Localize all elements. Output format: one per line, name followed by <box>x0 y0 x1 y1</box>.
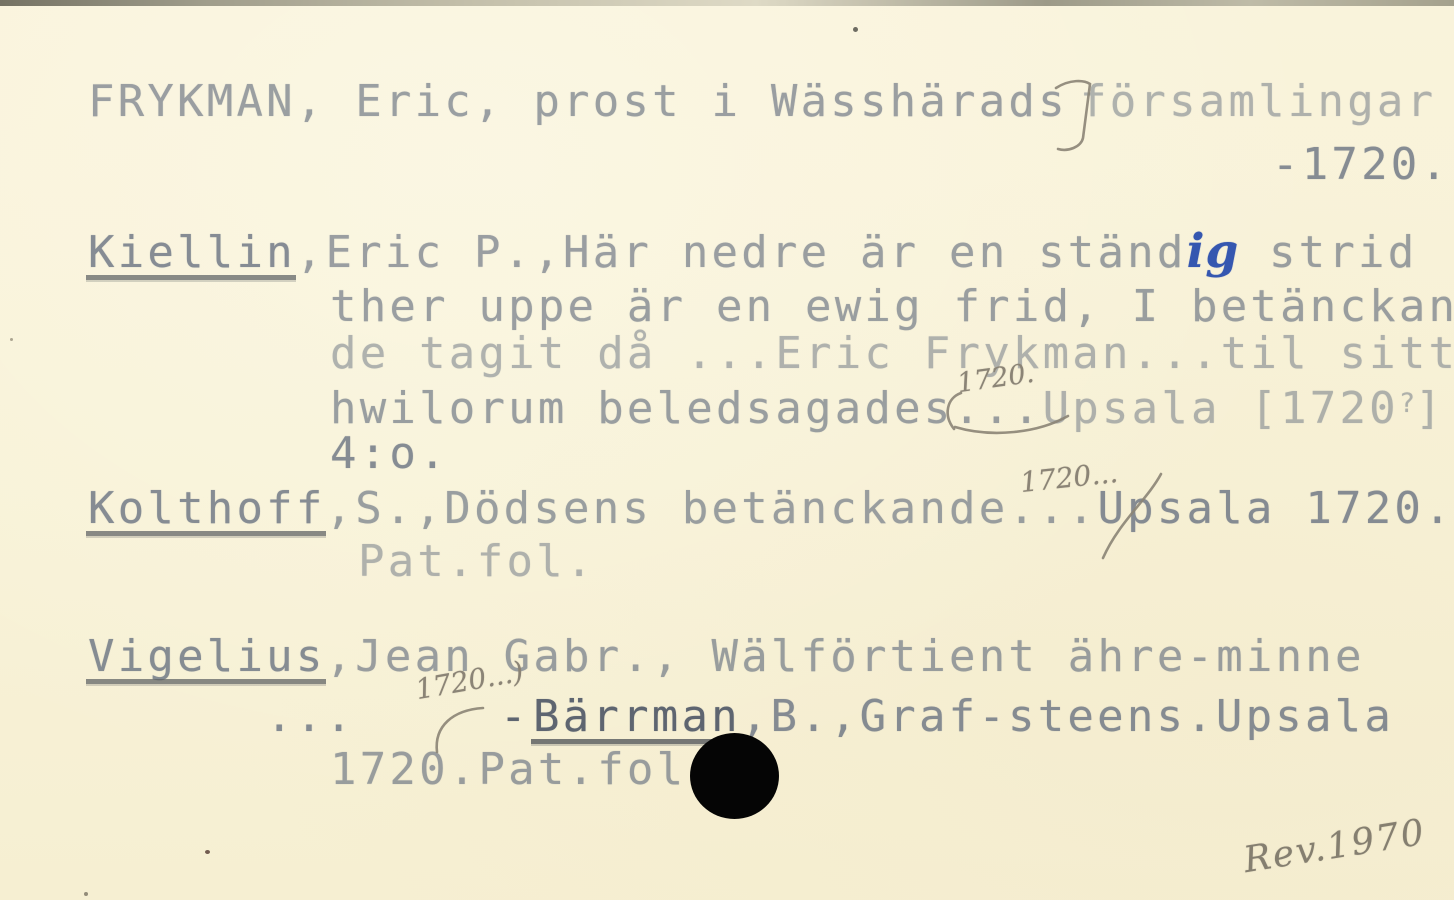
pencil-insertion-bracket-icon <box>1050 76 1110 161</box>
pencil-stroke-kiellin-icon <box>930 385 1080 440</box>
pencil-stroke-kolthoff-icon <box>1085 466 1170 566</box>
entry-vigelius-line2-dash: - <box>500 694 530 740</box>
entry-kiellin-line4: hwilorum beledsagades...Upsala [1720?] <box>330 381 1445 432</box>
entry-vigelius-line1: Vigelius,Jean Gabr., Wälförtient ähre-mi… <box>88 634 1365 680</box>
entry-kolthoff-line2: Pat.fol. <box>358 539 596 585</box>
entry-kiellin-line5: 4:o. <box>330 431 449 477</box>
paper-speck <box>853 27 858 32</box>
pencil-stroke-vigelius-icon <box>425 698 500 758</box>
catalog-card: FRYKMAN, Eric, prost i Wässhärads försam… <box>0 0 1454 900</box>
paper-speck <box>84 892 88 896</box>
paper-speck <box>10 338 13 341</box>
entry-frykman-line1-continuation: församlingar <box>1080 79 1436 125</box>
handwritten-revision-note: Rev.1970 <box>1241 812 1429 881</box>
paper-speck <box>205 850 210 854</box>
hole-punch <box>690 733 779 819</box>
entry-frykman-line1: FRYKMAN, Eric, prost i Wässhärads <box>88 79 1068 125</box>
entry-vigelius-ref-name: Bärrman <box>533 694 741 740</box>
entry-kiellin-line1: Kiellin,Eric P.,Här nedre är en ständig … <box>88 229 1417 276</box>
entry-frykman-text: FRYKMAN, Eric, prost i Wässhärads <box>88 76 1068 127</box>
entry-vigelius-line2: Bärrman,B.,Graf-steens.Upsala <box>533 694 1394 740</box>
entry-kiellin-line3: de tagit då ...Eric Frykman...til sitt <box>330 331 1454 377</box>
entry-kolthoff-name: Kolthoff <box>88 486 326 532</box>
query-mark: ? <box>1399 388 1415 419</box>
entry-vigelius-name: Vigelius <box>88 634 326 680</box>
entry-kolthoff-line1: Kolthoff,S.,Dödsens betänckande...Upsala… <box>88 486 1454 532</box>
entry-kiellin-line2: ther uppe är en ewig frid, I betänckande <box>330 284 1454 330</box>
entry-vigelius-line2-dots: ... <box>266 694 355 740</box>
entry-frykman-year: -1720. <box>1272 142 1450 188</box>
scan-edge-strip <box>0 0 1454 6</box>
entry-vigelius-line3: 1720.Pat.fol <box>330 747 686 793</box>
entry-kiellin-name: Kiellin <box>88 230 296 276</box>
blue-ink-correction: ig <box>1187 224 1240 279</box>
